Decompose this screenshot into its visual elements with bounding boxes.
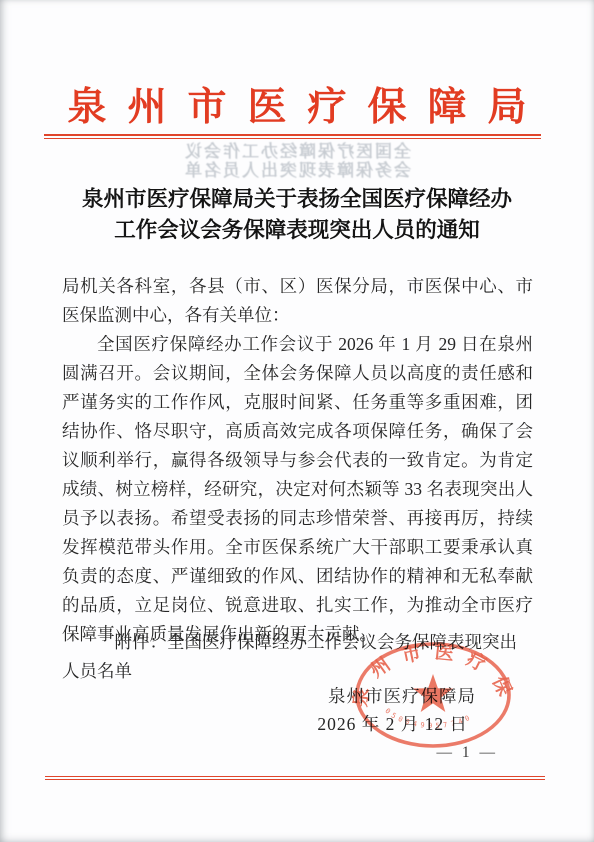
bleed-through-text: 全国医疗保障经办工作会议 会务保障表现突出人员名单 xyxy=(0,142,594,180)
salutation: 局机关各科室，各县（市、区）医保分局，市医保中心、市医保监测中心，各有关单位： xyxy=(62,272,533,330)
seal-serial-number: 050049057740 xyxy=(383,707,472,730)
document-title: 泉州市医疗保障局关于表扬全国医疗保障经办 工作会议会务保障表现突出人员的通知 xyxy=(40,184,554,246)
scanned-document-page: 泉州市医疗保障局 全国医疗保障经办工作会议 会务保障表现突出人员名单 泉州市医疗… xyxy=(0,0,594,842)
official-seal-stamp: 泉州市医疗保障局 050049057740 xyxy=(352,641,514,753)
document-title-line1: 泉州市医疗保障局关于表扬全国医疗保障经办 xyxy=(40,184,554,215)
bleed-through-line: 全国医疗保障经办工作会议 xyxy=(0,142,594,161)
header-divider-line xyxy=(44,134,541,139)
svg-text:050049057740: 050049057740 xyxy=(383,707,472,730)
document-body: 局机关各科室，各县（市、区）医保分局，市医保中心、市医保监测中心，各有关单位： … xyxy=(62,272,533,649)
document-title-line2: 工作会议会务保障表现突出人员的通知 xyxy=(40,215,554,246)
page-number: — 1 — xyxy=(437,744,499,762)
seal-star xyxy=(413,674,453,712)
bleed-through-line: 会务保障表现突出人员名单 xyxy=(0,161,594,180)
body-paragraph: 全国医疗保障经办工作会议于 2026 年 1 月 29 日在泉州圆满召开。会议期… xyxy=(62,330,533,649)
agency-header: 泉州市医疗保障局 xyxy=(0,76,594,132)
footer-divider-line xyxy=(45,776,545,780)
